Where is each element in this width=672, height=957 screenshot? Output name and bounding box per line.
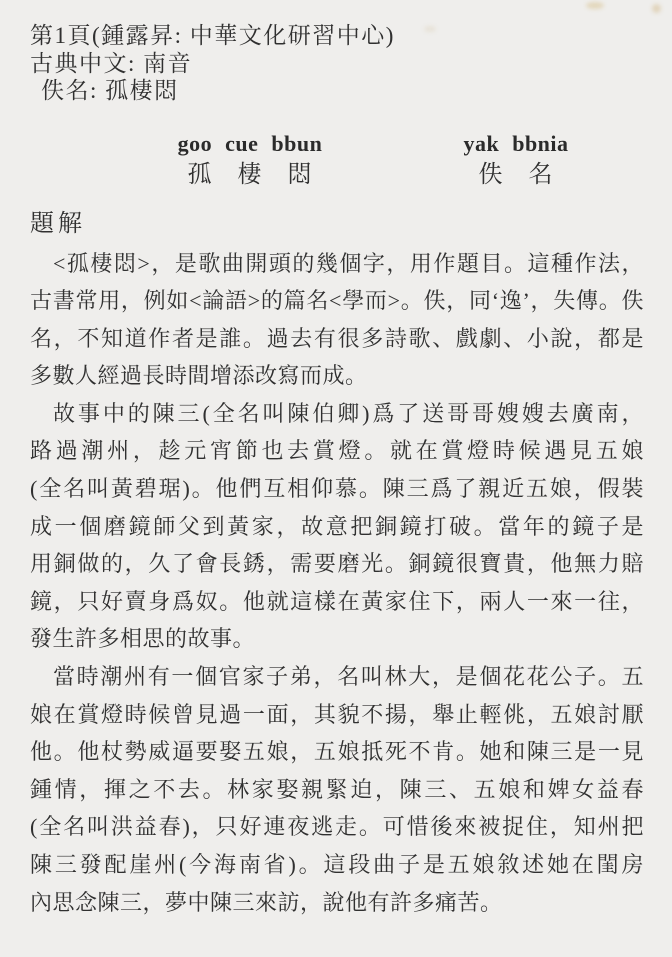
romanization-author: yak bbnia <box>426 131 606 157</box>
text-line: 他。他杖勢威逼要娶五娘，五娘抵死不肯。她和陳三是一見 <box>30 733 644 771</box>
text-line: (全名叫洪益春)，只好連夜逃走。可惜後來被捉住，知州把 <box>30 808 644 846</box>
page-number-line: 第1頁(鍾露昇: 中華文化研習中心) <box>30 22 644 50</box>
text-line: <孤棲悶>，是歌曲開頭的幾個字，用作題目。這種作法， <box>30 245 644 283</box>
text-line: 鍾情，揮之不去。林家娶親緊迫，陳三、五娘和婢女益春 <box>30 771 644 809</box>
document-page: 第1頁(鍾露昇: 中華文化研習中心) 古典中文: 南音 佚名: 孤棲悶 goo … <box>0 0 672 957</box>
text-line: 鏡，只好賣身爲奴。他就這樣在黃家住下，兩人一來一往， <box>30 583 644 621</box>
body-text: <孤棲悶>，是歌曲開頭的幾個字，用作題目。這種作法， 古書常用，例如<論語>的篇… <box>30 245 644 922</box>
scan-artifact <box>652 4 661 13</box>
text-line: 古書常用，例如<論語>的篇名<學而>。佚，同‘逸’，失傳。佚 <box>30 282 644 320</box>
course-title-line: 古典中文: 南音 <box>30 50 644 78</box>
paragraph-3: 當時潮州有一個官家子弟，名叫林大，是個花花公子。五 娘在賞燈時候曾見過一面，其貌… <box>30 658 644 921</box>
romanization-title: goo cue bbun <box>140 131 360 157</box>
hanzi-author: 佚 名 <box>426 159 606 191</box>
text-line: 多數人經過長時間增添改寫而成。 <box>30 357 644 395</box>
text-line: 當時潮州有一個官家子弟，名叫林大，是個花花公子。五 <box>30 658 644 696</box>
song-author-line: 佚名: 孤棲悶 <box>30 77 644 105</box>
scan-artifact <box>586 2 604 9</box>
text-line: (全名叫黃碧琚)。他們互相仰慕。陳三爲了親近五娘，假裝 <box>30 470 644 508</box>
paragraph-1: <孤棲悶>，是歌曲開頭的幾個字，用作題目。這種作法， 古書常用，例如<論語>的篇… <box>30 245 644 395</box>
text-line: 內思念陳三，夢中陳三來訪，說他有許多痛苦。 <box>30 884 644 922</box>
text-line: 娘在賞燈時候曾見過一面，其貌不揚，舉止輕佻，五娘討厭 <box>30 696 644 734</box>
song-title-block: goo cue bbun 孤 棲 悶 yak bbnia 佚 名 <box>30 131 644 193</box>
document-header: 第1頁(鍾露昇: 中華文化研習中心) 古典中文: 南音 佚名: 孤棲悶 <box>30 22 644 105</box>
title-main-column: goo cue bbun 孤 棲 悶 <box>140 131 360 191</box>
text-line: 用銅做的，久了會長銹，需要磨光。銅鏡很寶貴，他無力賠 <box>30 545 644 583</box>
section-heading: 題解 <box>30 209 644 239</box>
text-line: 發生許多相思的故事。 <box>30 620 644 658</box>
text-line: 成一個磨鏡師父到黃家，故意把銅鏡打破。當年的鏡子是 <box>30 508 644 546</box>
title-author-column: yak bbnia 佚 名 <box>426 131 606 191</box>
hanzi-title: 孤 棲 悶 <box>140 159 360 191</box>
text-line: 陳三發配崖州(今海南省)。這段曲子是五娘敘述她在閨房 <box>30 846 644 884</box>
text-line: 名，不知道作者是誰。過去有很多詩歌、戲劇、小說，都是 <box>30 320 644 358</box>
text-line: 路過潮州，趁元宵節也去賞燈。就在賞燈時候遇見五娘 <box>30 432 644 470</box>
text-line: 故事中的陳三(全名叫陳伯卿)爲了送哥哥嫂嫂去廣南， <box>30 395 644 433</box>
paragraph-2: 故事中的陳三(全名叫陳伯卿)爲了送哥哥嫂嫂去廣南， 路過潮州，趁元宵節也去賞燈。… <box>30 395 644 658</box>
